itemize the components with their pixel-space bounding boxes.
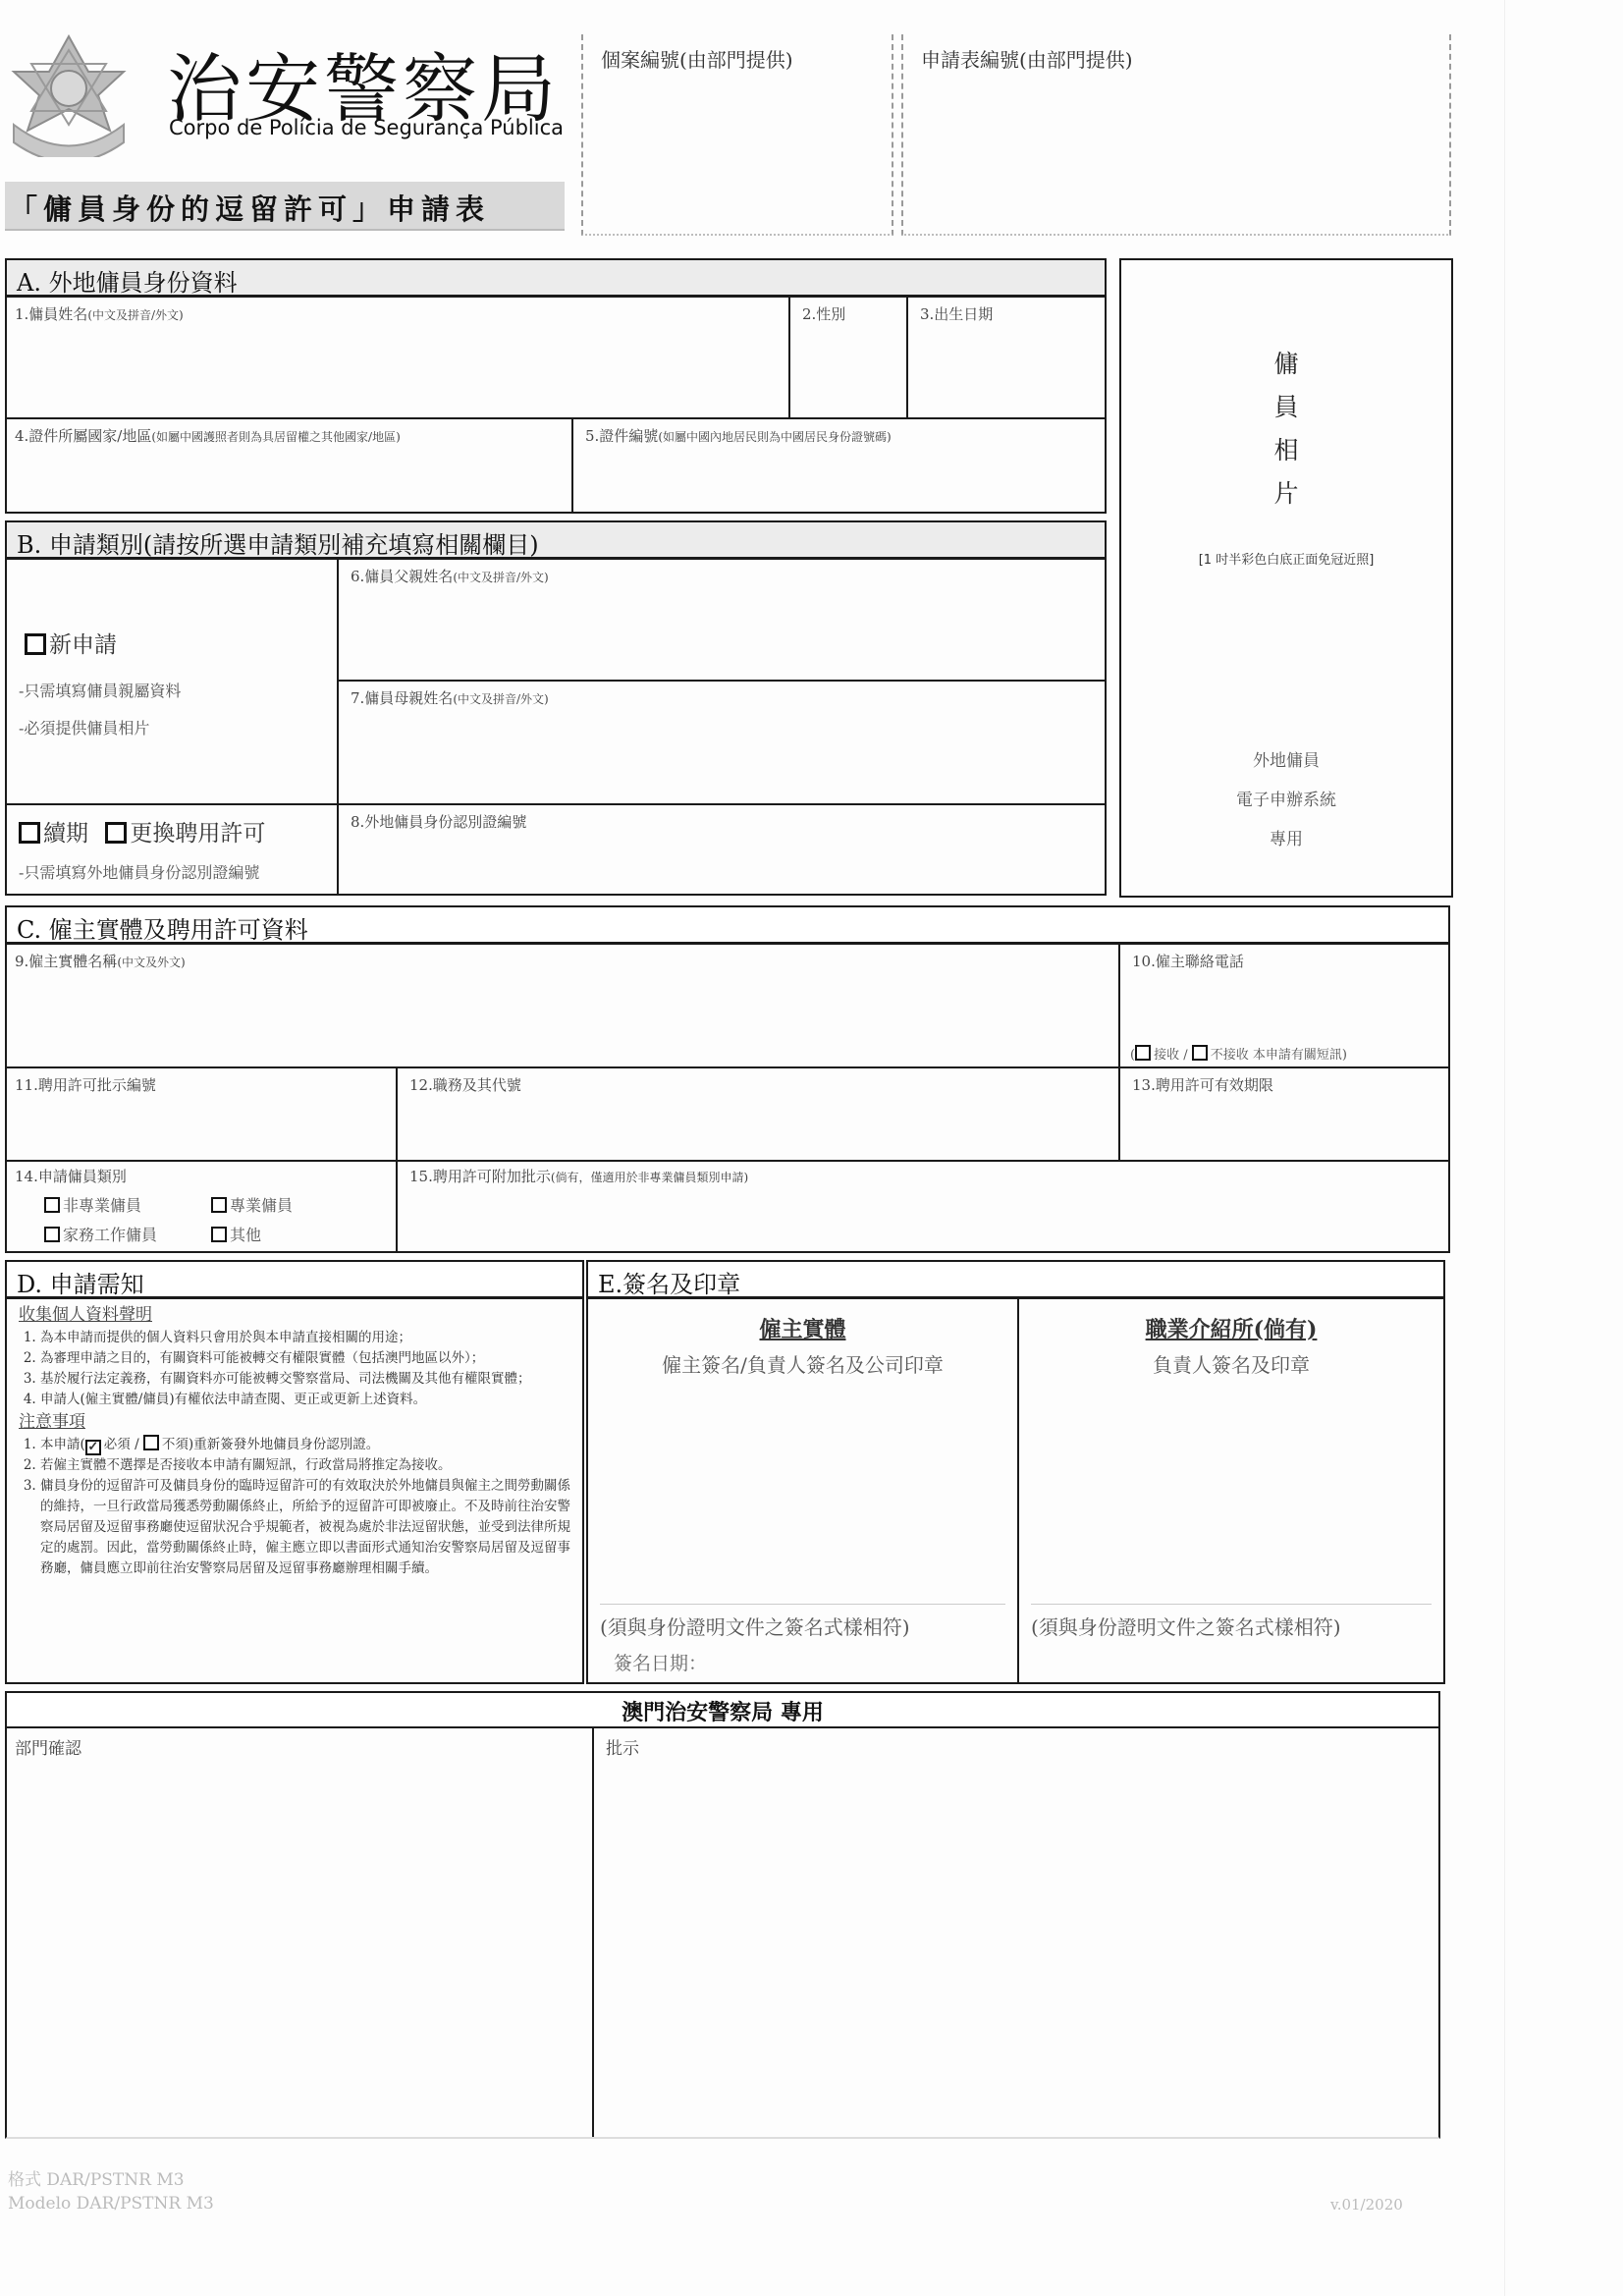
field-hint: (如屬中國護照者則為具居留權之其他國家/地區) — [151, 430, 400, 444]
agency-name-pt: Corpo de Polícia de Segurança Pública — [169, 116, 564, 139]
form-title: 「傭員身份的逗留許可」申請表 — [5, 182, 565, 228]
field-hint: (中文及拼音/外文) — [453, 692, 548, 706]
note-item: 若僱主實體不選擇是否接收本申請有關短訊，行政當局將推定為接收。 — [40, 1455, 574, 1476]
worker-type-professional-checkbox[interactable] — [211, 1197, 227, 1213]
official-use-section: 澳門治安警察局 專用 部門確認 批示 — [5, 1691, 1440, 2139]
field-employer-phone[interactable]: 10.僱主聯絡電話 (接收 / 不接收 本申請有關短訊) — [1118, 945, 1448, 1066]
section-d: D. 申請需知 收集個人資料聲明 為本申請而提供的個人資料只會用於與本申請直接相… — [5, 1260, 584, 1684]
notes-heading: 注意事項 — [19, 1412, 574, 1433]
field-worker-id-card-number[interactable]: 8.外地傭員身份認別證編號 — [337, 803, 1105, 894]
employer-instruction: 僱主簽名/負責人簽名及公司印章 — [588, 1349, 1017, 1378]
field-permit-additional-approval[interactable]: 15.聘用許可附加批示(倘有，僅適用於非專業傭員類別申請) — [396, 1160, 1448, 1251]
form-number-box[interactable]: 申請表編號(由部門提供) — [901, 34, 1451, 236]
field-worker-category: 14.申請傭員類別 非專業傭員專業傭員 家務工作傭員其他 — [7, 1160, 396, 1251]
employer-signature-area[interactable]: 僱主實體 僱主簽名/負責人簽名及公司印章 (須與身份證明文件之簽名式樣相符) 簽… — [588, 1299, 1017, 1682]
new-application-cell: 新申請 -只需填寫傭員親屬資料 -必須提供傭員相片 — [7, 560, 337, 803]
field-hint: (中文及拼音/外文) — [453, 571, 548, 584]
section-b-title: B. 申請類別(請按所選申請類別補充填寫相關欄目) — [7, 522, 1105, 560]
field-document-country[interactable]: 4.證件所屬國家/地區(如屬中國護照者則為具居留權之其他國家/地區) — [7, 417, 571, 512]
photo-spec: [1 吋半彩色白底正面免冠近照] — [1121, 549, 1451, 568]
employer-signature-note: (須與身份證明文件之簽名式樣相符) — [600, 1612, 1009, 1640]
sms-option: (接收 / 不接收 本申請有關短訊) — [1130, 1044, 1347, 1063]
note-item: 傭員身份的逗留許可及傭員身份的臨時逗留許可的有效取決於外地傭員與僱主之間勞動關係… — [40, 1476, 574, 1579]
field-label: 7.傭員母親姓名 — [351, 689, 453, 707]
field-label: 4.證件所屬國家/地區 — [15, 427, 151, 445]
privacy-item: 申請人(僱主實體/傭員)有權依法申請查閱、更正或更新上述資料。 — [40, 1390, 574, 1410]
psp-star-emblem-icon — [8, 34, 140, 157]
field-label: 13.聘用許可有效期限 — [1132, 1074, 1273, 1095]
new-application-checkbox[interactable] — [25, 633, 46, 655]
field-label: 6.傭員父親姓名 — [351, 568, 453, 585]
privacy-item: 為審理申請之目的，有關資料可能被轉交有權限實體（包括澳門地區以外）； — [40, 1348, 574, 1369]
signature-date-label: 簽名日期： — [614, 1649, 707, 1675]
field-label: 14.申請傭員類別 — [15, 1166, 127, 1186]
change-permit-label: 更換聘用許可 — [130, 821, 265, 847]
field-employer-name[interactable]: 9.僱主實體名稱(中文及外文) — [7, 945, 1118, 1066]
sms-reject-checkbox[interactable] — [1192, 1045, 1208, 1061]
field-job-title-code[interactable]: 12.職務及其代號 — [396, 1066, 1118, 1160]
section-a-title: A. 外地傭員身份資料 — [7, 260, 1105, 298]
agency-signature-note: (須與身份證明文件之簽名式樣相符) — [1031, 1612, 1435, 1640]
field-label: 2.性別 — [802, 303, 845, 324]
field-label: 10.僱主聯絡電話 — [1132, 951, 1244, 971]
privacy-heading: 收集個人資料聲明 — [19, 1305, 574, 1326]
field-mother-name[interactable]: 7.傭員母親姓名(中文及拼音/外文) — [337, 680, 1105, 803]
approval-label: 批示 — [606, 1734, 639, 1759]
new-application-label: 新申請 — [49, 632, 117, 658]
field-permit-approval-number[interactable]: 11.聘用許可批示編號 — [7, 1066, 396, 1160]
field-label: 5.證件編號 — [585, 427, 658, 445]
privacy-item: 基於履行法定義務，有關資料亦可能被轉交警察當局、司法機關及其他有權限實體； — [40, 1369, 574, 1390]
agency-signature-area[interactable]: 職業介紹所(倘有) 負責人簽名及印章 (須與身份證明文件之簽名式樣相符) — [1017, 1299, 1443, 1682]
page-right-edge — [1504, 0, 1505, 2296]
field-label: 3.出生日期 — [920, 303, 993, 324]
field-hint: (如屬中國內地居民則為中國居民身份證號碼) — [658, 430, 891, 444]
renewal-cell: 續期 更換聘用許可 -只需填寫外地傭員身份認別證編號 — [7, 803, 337, 894]
field-label: 12.職務及其代號 — [409, 1074, 521, 1095]
signature-line — [600, 1604, 1005, 1605]
field-label: 8.外地傭員身份認別證編號 — [351, 811, 526, 832]
employer-heading: 僱主實體 — [588, 1313, 1017, 1343]
field-label: 11.聘用許可批示編號 — [15, 1074, 156, 1095]
section-e: E.簽名及印章 僱主實體 僱主簽名/負責人簽名及公司印章 (須與身份證明文件之簽… — [586, 1260, 1445, 1684]
worker-type-domestic-checkbox[interactable] — [44, 1227, 60, 1242]
sms-accept-checkbox[interactable] — [1135, 1045, 1151, 1061]
section-d-title: D. 申請需知 — [7, 1262, 582, 1299]
dept-confirm-label: 部門確認 — [15, 1734, 81, 1759]
footer-version: v.01/2020 — [1330, 2196, 1403, 2214]
signature-line — [1031, 1604, 1432, 1605]
privacy-item: 為本申請而提供的個人資料只會用於與本申請直接相關的用途； — [40, 1328, 574, 1348]
case-number-box[interactable]: 個案編號(由部門提供) — [581, 34, 893, 236]
case-number-label: 個案編號(由部門提供) — [601, 44, 793, 73]
section-b: B. 申請類別(請按所選申請類別補充填寫相關欄目) 新申請 -只需填寫傭員親屬資… — [5, 520, 1107, 896]
section-c: C. 僱主實體及聘用許可資料 9.僱主實體名稱(中文及外文) 10.僱主聯絡電話… — [5, 905, 1450, 1253]
new-application-note: -只需填寫傭員親屬資料 — [19, 673, 181, 710]
worker-type-other-checkbox[interactable] — [211, 1227, 227, 1242]
worker-type-non-professional-checkbox[interactable] — [44, 1197, 60, 1213]
field-label: 9.僱主實體名稱 — [15, 953, 117, 970]
footer-form-code: 格式 DAR/PSTNR M3 Modelo DAR/PSTNR M3 — [8, 2168, 214, 2215]
agency-heading: 職業介紹所(倘有) — [1019, 1313, 1443, 1343]
section-c-title: C. 僱主實體及聘用許可資料 — [7, 907, 1448, 945]
field-worker-name[interactable]: 1.傭員姓名(中文及拼音/外文) — [7, 298, 788, 417]
dept-confirm-area[interactable]: 部門確認 — [7, 1728, 592, 2137]
field-gender[interactable]: 2.性別 — [788, 298, 906, 417]
form-number-label: 申請表編號(由部門提供) — [921, 44, 1133, 73]
new-application-note: -必須提供傭員相片 — [19, 710, 181, 747]
field-document-number[interactable]: 5.證件編號(如屬中國內地居民則為中國居民身份證號碼) — [571, 417, 1105, 512]
photo-box[interactable]: 傭 員 相 片 [1 吋半彩色白底正面免冠近照] 外地傭員 電子申辦系統 專用 — [1119, 258, 1453, 898]
field-hint: (中文及拼音/外文) — [87, 308, 183, 322]
official-use-title: 澳門治安警察局 專用 — [7, 1693, 1438, 1728]
approval-area[interactable]: 批示 — [592, 1728, 1438, 2137]
notice-text: 收集個人資料聲明 為本申請而提供的個人資料只會用於與本申請直接相關的用途； 為審… — [19, 1303, 574, 1579]
field-label: 1.傭員姓名 — [15, 305, 87, 323]
photo-label: 傭 員 相 片 — [1121, 343, 1451, 516]
note-item: 本申請(必須 / 不須)重新簽發外地傭員身份認別證。 — [40, 1435, 574, 1455]
agency-instruction: 負責人簽名及印章 — [1019, 1349, 1443, 1378]
psp-logo — [8, 34, 140, 157]
renewal-checkbox[interactable] — [19, 822, 40, 844]
field-hint: (中文及外文) — [117, 956, 185, 969]
e-system-note: 外地傭員 電子申辦系統 專用 — [1121, 741, 1451, 859]
reissue-required-checkbox[interactable] — [85, 1440, 101, 1455]
change-permit-checkbox[interactable] — [105, 822, 127, 844]
field-hint: (倘有，僅適用於非專業傭員類別申請) — [551, 1171, 748, 1184]
footer-code-zh: 格式 DAR/PSTNR M3 — [8, 2168, 214, 2192]
footer-code-pt: Modelo DAR/PSTNR M3 — [8, 2192, 214, 2215]
section-e-title: E.簽名及印章 — [588, 1262, 1443, 1299]
section-a: A. 外地傭員身份資料 1.傭員姓名(中文及拼音/外文) 2.性別 3.出生日期… — [5, 258, 1107, 514]
field-date-of-birth[interactable]: 3.出生日期 — [906, 298, 1105, 417]
field-permit-validity[interactable]: 13.聘用許可有效期限 — [1118, 1066, 1448, 1160]
reissue-not-required-checkbox[interactable] — [143, 1435, 159, 1450]
field-father-name[interactable]: 6.傭員父親姓名(中文及拼音/外文) — [337, 560, 1105, 680]
renewal-label: 續期 — [43, 821, 88, 847]
form-title-banner: 「傭員身份的逗留許可」申請表 — [5, 182, 565, 231]
renewal-note: -只需填寫外地傭員身份認別證編號 — [19, 860, 259, 883]
field-label: 15.聘用許可附加批示 — [409, 1168, 551, 1185]
